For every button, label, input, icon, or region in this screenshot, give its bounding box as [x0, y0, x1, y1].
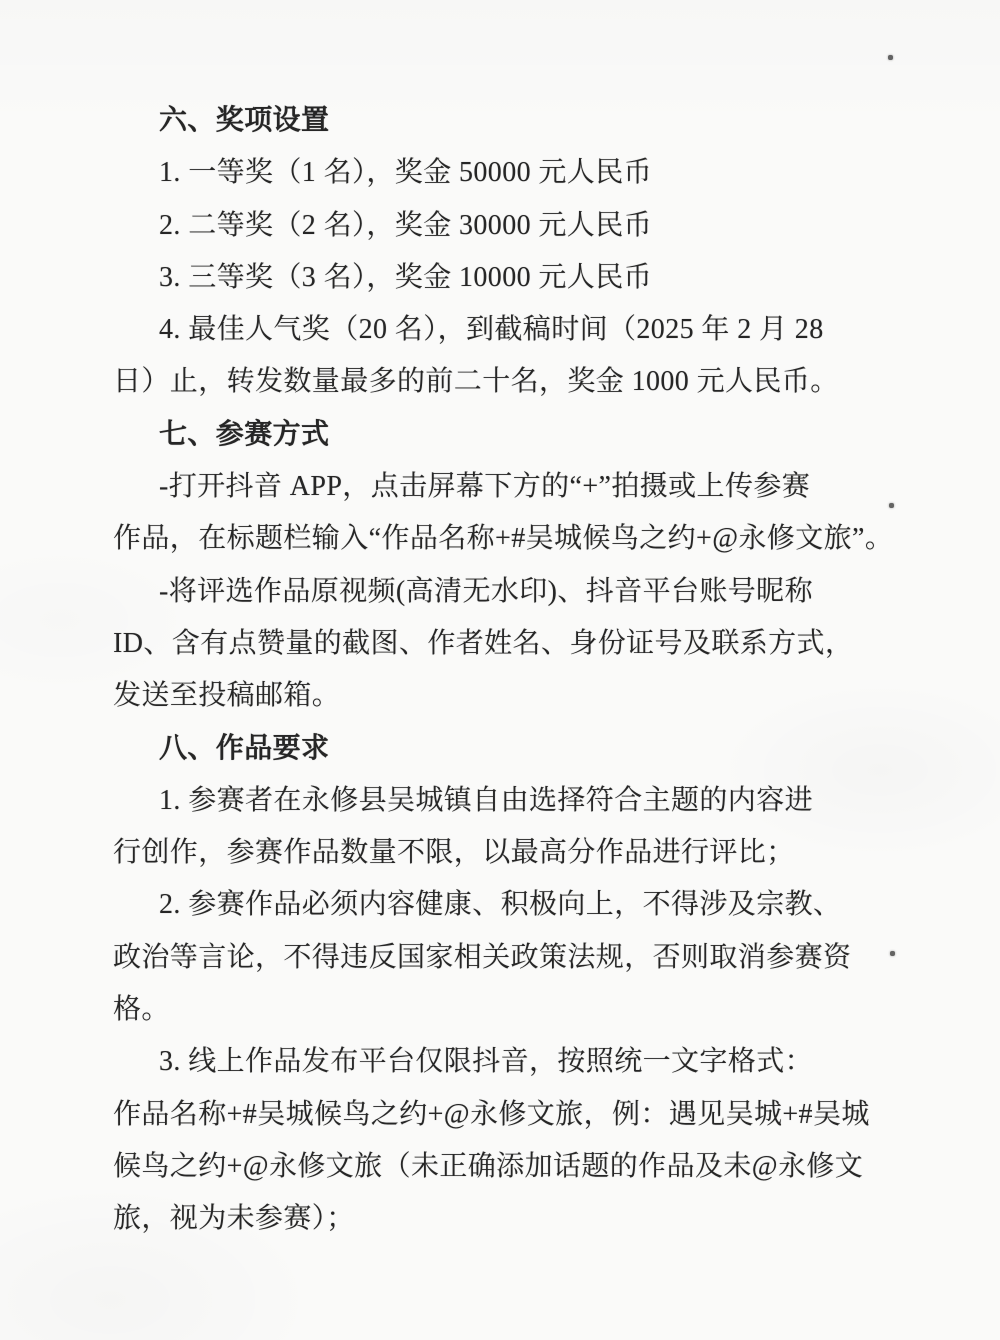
- requirement-item-1: 1. 参赛者在永修县吴城镇自由选择符合主题的内容进: [113, 775, 903, 827]
- award-item-third-prize: 3. 三等奖（3 名），奖金 10000 元人民币: [113, 252, 903, 304]
- entry-method-step-submit: -将评选作品原视频(高清无水印)、抖音平台账号昵称: [113, 566, 903, 618]
- requirement-item-3: 3. 线上作品发布平台仅限抖音，按照统一文字格式：: [113, 1036, 903, 1088]
- scanned-document-page: 六、奖项设置 1. 一等奖（1 名），奖金 50000 元人民币 2. 二等奖（…: [0, 0, 1000, 1340]
- requirement-item-1-cont: 行创作，参赛作品数量不限，以最高分作品进行评比；: [113, 827, 903, 879]
- requirement-item-2-cont-1: 政治等言论，不得违反国家相关政策法规，否则取消参赛资: [113, 932, 903, 984]
- ink-speck: [888, 55, 893, 60]
- section-heading-work-requirements: 八、作品要求: [113, 723, 903, 775]
- award-item-popularity-prize: 4. 最佳人气奖（20 名），到截稿时间（2025 年 2 月 28: [113, 304, 903, 356]
- entry-method-step-submit-cont-2: 发送至投稿邮箱。: [113, 670, 903, 722]
- requirement-item-2: 2. 参赛作品必须内容健康、积极向上，不得涉及宗教、: [113, 879, 903, 931]
- requirement-item-3-cont-1: 作品名称+#吴城候鸟之约+@永修文旅，例：遇见吴城+#吴城: [113, 1089, 903, 1141]
- entry-method-step-submit-cont-1: ID、含有点赞量的截图、作者姓名、身份证号及联系方式，: [113, 618, 903, 670]
- requirement-item-3-cont-2: 候鸟之约+@永修文旅（未正确添加话题的作品及未@永修文: [113, 1141, 903, 1193]
- ink-speck: [890, 951, 895, 956]
- entry-method-step-upload: -打开抖音 APP，点击屏幕下方的“+”拍摄或上传参赛: [113, 461, 903, 513]
- award-item-first-prize: 1. 一等奖（1 名），奖金 50000 元人民币: [113, 147, 903, 199]
- document-body: 六、奖项设置 1. 一等奖（1 名），奖金 50000 元人民币 2. 二等奖（…: [113, 95, 903, 1246]
- requirement-item-3-cont-3: 旅，视为未参赛）；: [113, 1193, 903, 1245]
- requirement-item-2-cont-2: 格。: [113, 984, 903, 1036]
- award-item-popularity-prize-cont: 日）止，转发数量最多的前二十名，奖金 1000 元人民币。: [113, 356, 903, 408]
- section-heading-awards: 六、奖项设置: [113, 95, 903, 147]
- section-heading-entry-method: 七、参赛方式: [113, 409, 903, 461]
- entry-method-step-upload-cont: 作品，在标题栏输入“作品名称+#吴城候鸟之约+@永修文旅”。: [113, 513, 903, 565]
- ink-speck: [889, 503, 894, 508]
- award-item-second-prize: 2. 二等奖（2 名），奖金 30000 元人民币: [113, 200, 903, 252]
